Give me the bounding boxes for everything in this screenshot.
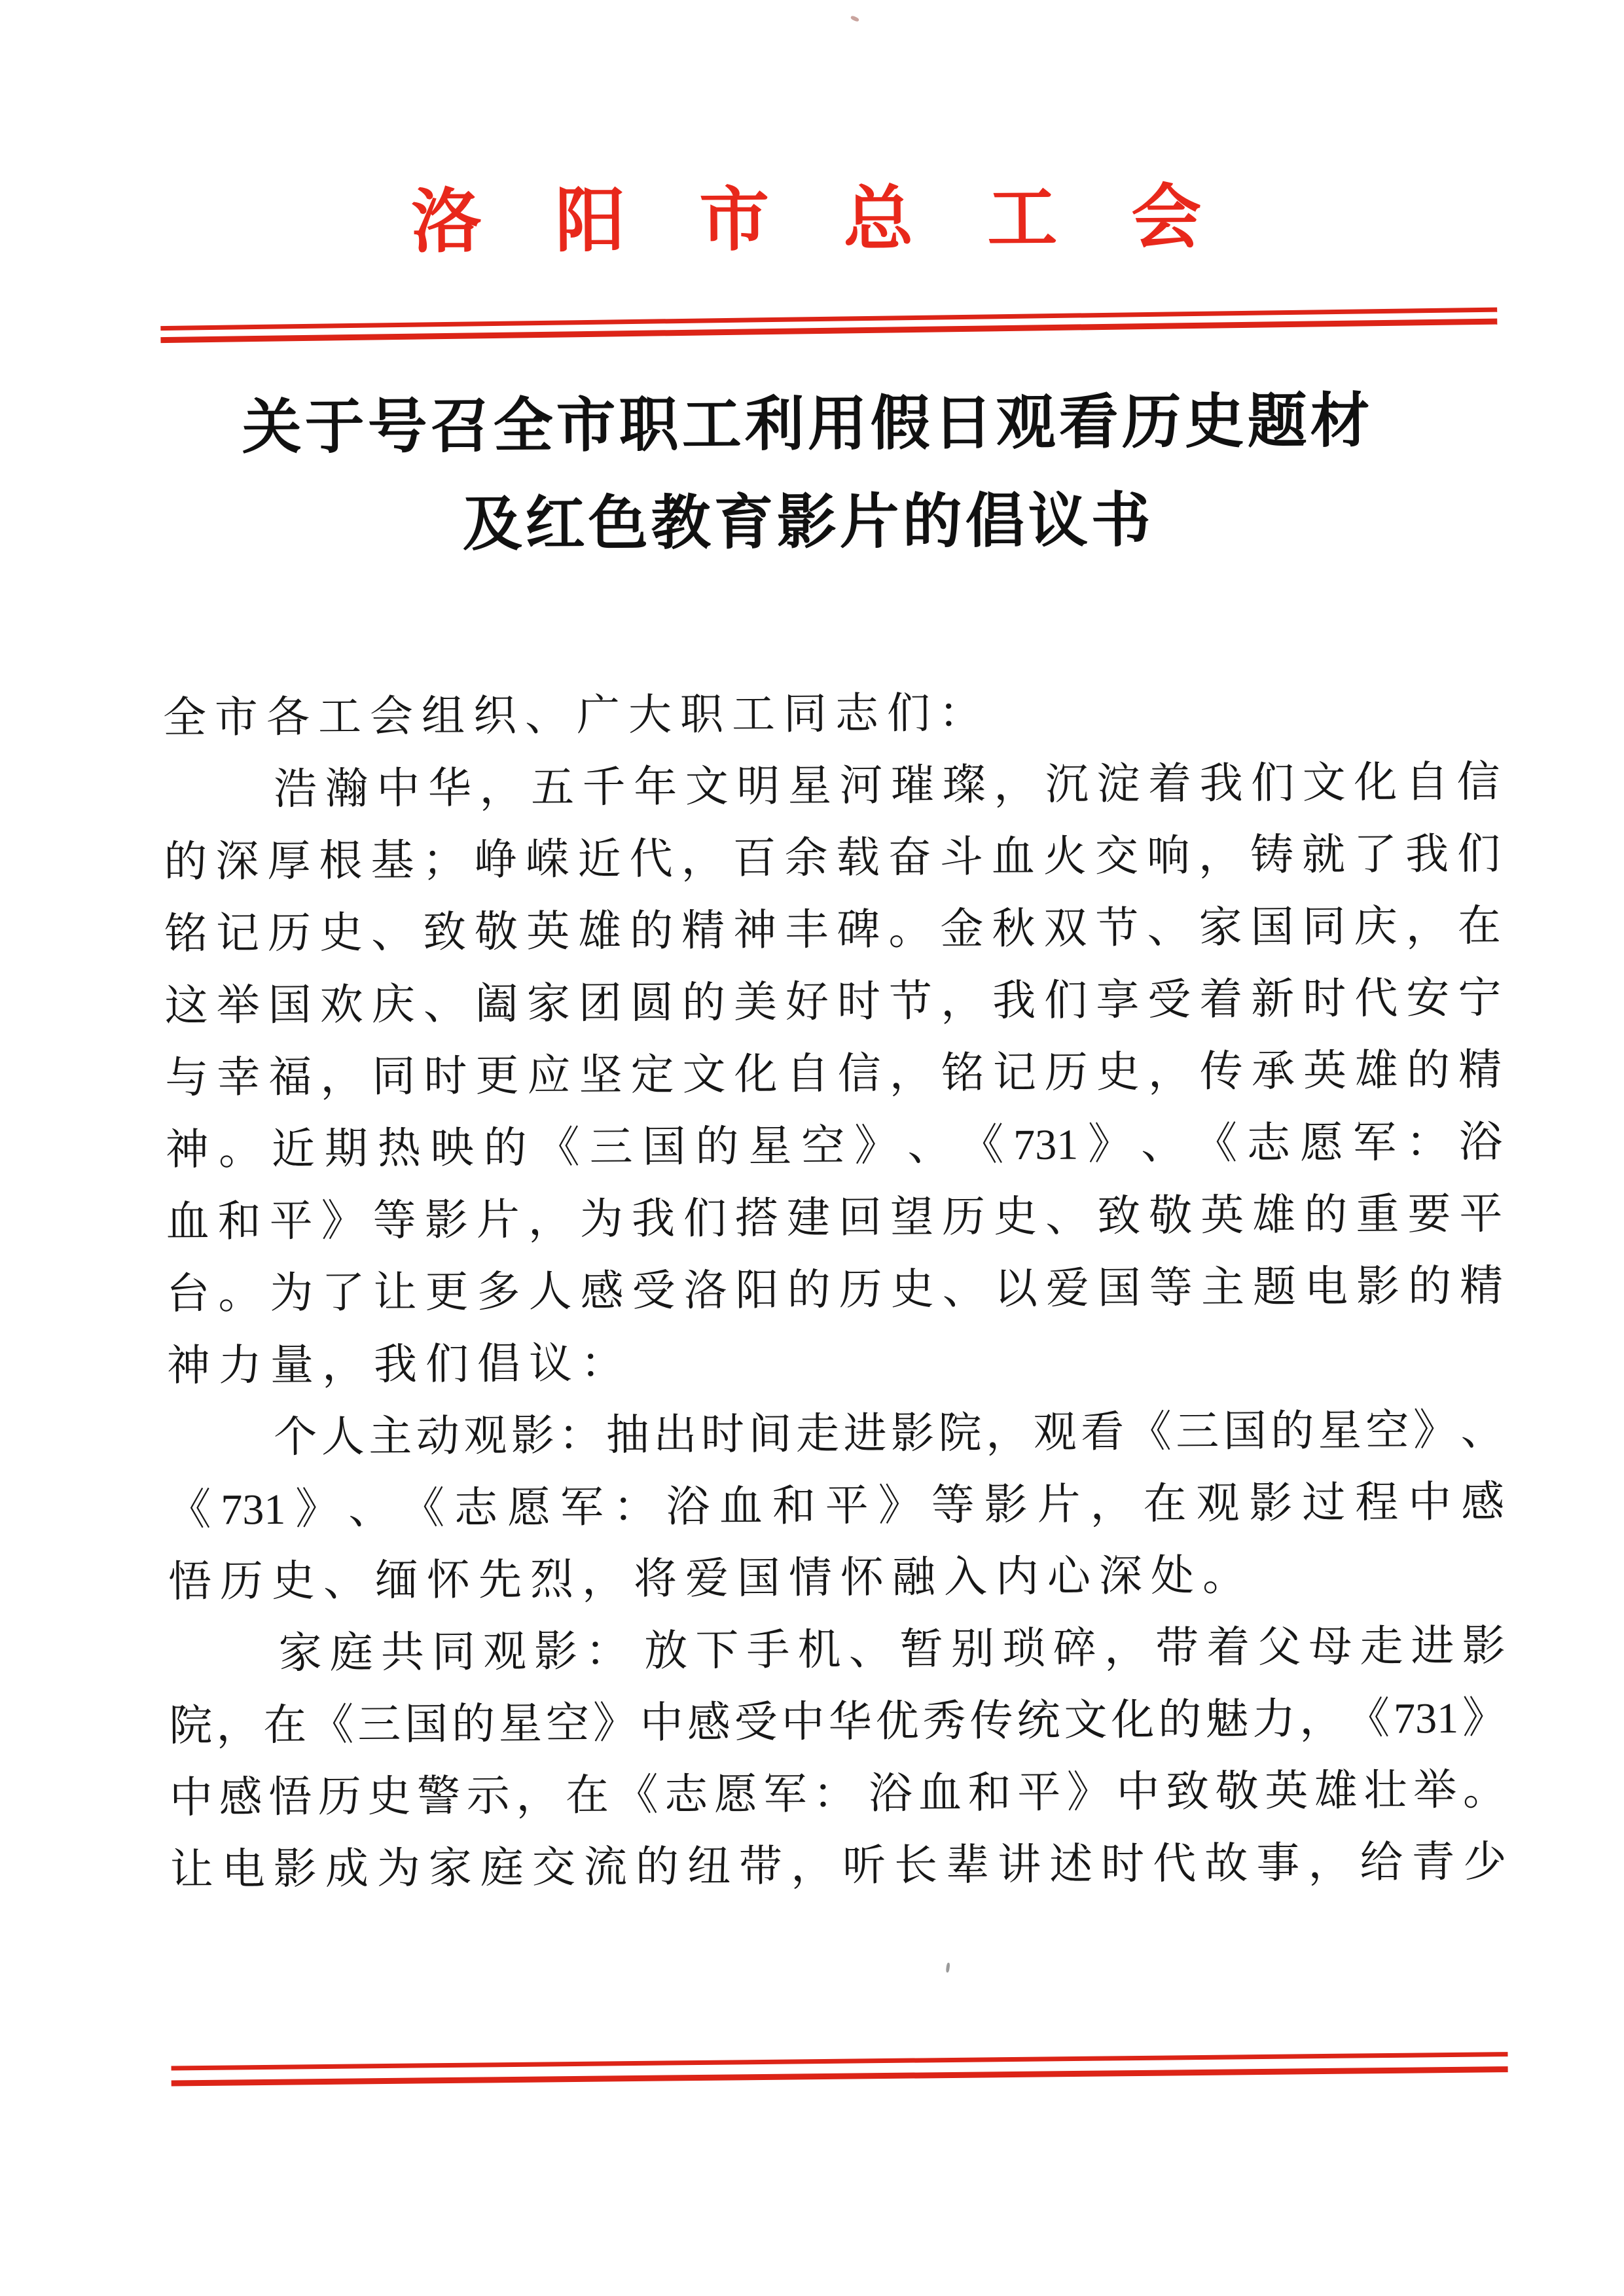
body-line: 浩瀚中华，五千年文明星河璀璨，沉淀着我们文化自信 [163, 747, 1500, 827]
document-body: 全市各工会组织、广大职工同志们：浩瀚中华，五千年文明星河璀璨，沉淀着我们文化自信… [163, 675, 1507, 1907]
footer-rule-lower [171, 2066, 1508, 2086]
document-page: 洛阳市总工会 关于号召全市职工利用假日观看历史题材 及红色教育影片的倡议书 全市… [0, 0, 1624, 2296]
body-line: 院，在《三国的星空》中感受中华优秀传统文化的魅力，《731》 [169, 1683, 1506, 1763]
body-line: 悟历史、缅怀先烈，将爱国情怀融入内心深处。 [168, 1539, 1506, 1619]
letterhead: 洛阳市总工会 [0, 160, 1619, 301]
scan-artifact [946, 1962, 950, 1973]
paragraph-indent [169, 1668, 271, 1668]
body-line: 家庭共同观影： 放下手机、暂别琐碎，带着父母走进影 [168, 1611, 1506, 1691]
body-line: 中感悟历史警示，在《志愿军： 浴血和平》中致敬英雄壮举。 [170, 1755, 1507, 1835]
body-line: 铭记历史、致敬英雄的精神丰碑。金秋双节、家国同庆，在 [164, 891, 1502, 971]
body-line: 这举国欢庆、阖家团圆的美好时节，我们享受着新时代安宁 [164, 963, 1502, 1043]
paragraph-indent [164, 804, 266, 804]
body-line: 血和平》等影片，为我们搭建回望历史、致敬英雄的重要平 [166, 1179, 1503, 1259]
body-line: 与幸福，同时更应坚定文化自信，铭记历史，传承英雄的精 [165, 1035, 1502, 1115]
body-line: 全市各工会组织、广大职工同志们： [163, 675, 1500, 755]
body-line: 台。为了让更多人感受洛阳的历史、以爱国等主题电影的精 [166, 1251, 1504, 1331]
body-line: 神力量，我们倡议： [167, 1323, 1504, 1403]
document-content: 洛阳市总工会 关于号召全市职工利用假日观看历史题材 及红色教育影片的倡议书 全市… [0, 0, 1624, 2296]
document-title-line1: 关于号召全市职工利用假日观看历史题材 [0, 370, 1620, 478]
paragraph-indent [168, 1452, 270, 1452]
document-title: 关于号召全市职工利用假日观看历史题材 及红色教育影片的倡议书 [0, 370, 1621, 577]
body-line: 《731》、《志愿军：浴血和平》等影片，在观影过程中感 [168, 1467, 1505, 1547]
body-line: 让电影成为家庭交流的纽带，听长辈讲述时代故事，给青少 [170, 1827, 1507, 1907]
letterhead-rule-lower [160, 319, 1497, 344]
scan-artifact [850, 15, 859, 22]
body-line: 个人主动观影：抽出时间走进影院，观看《三国的星空》、 [167, 1395, 1504, 1475]
body-line: 的深厚根基；峥嵘近代，百余载奋斗血火交响，铸就了我们 [164, 819, 1501, 899]
document-title-line2: 及红色教育影片的倡议书 [0, 469, 1621, 577]
body-line: 神。近期热映的《三国的星空》、《731》、《志愿军：浴 [166, 1107, 1503, 1187]
org-name-text: 洛阳市总工会 [411, 179, 1276, 262]
footer-rule-upper [171, 2052, 1508, 2070]
